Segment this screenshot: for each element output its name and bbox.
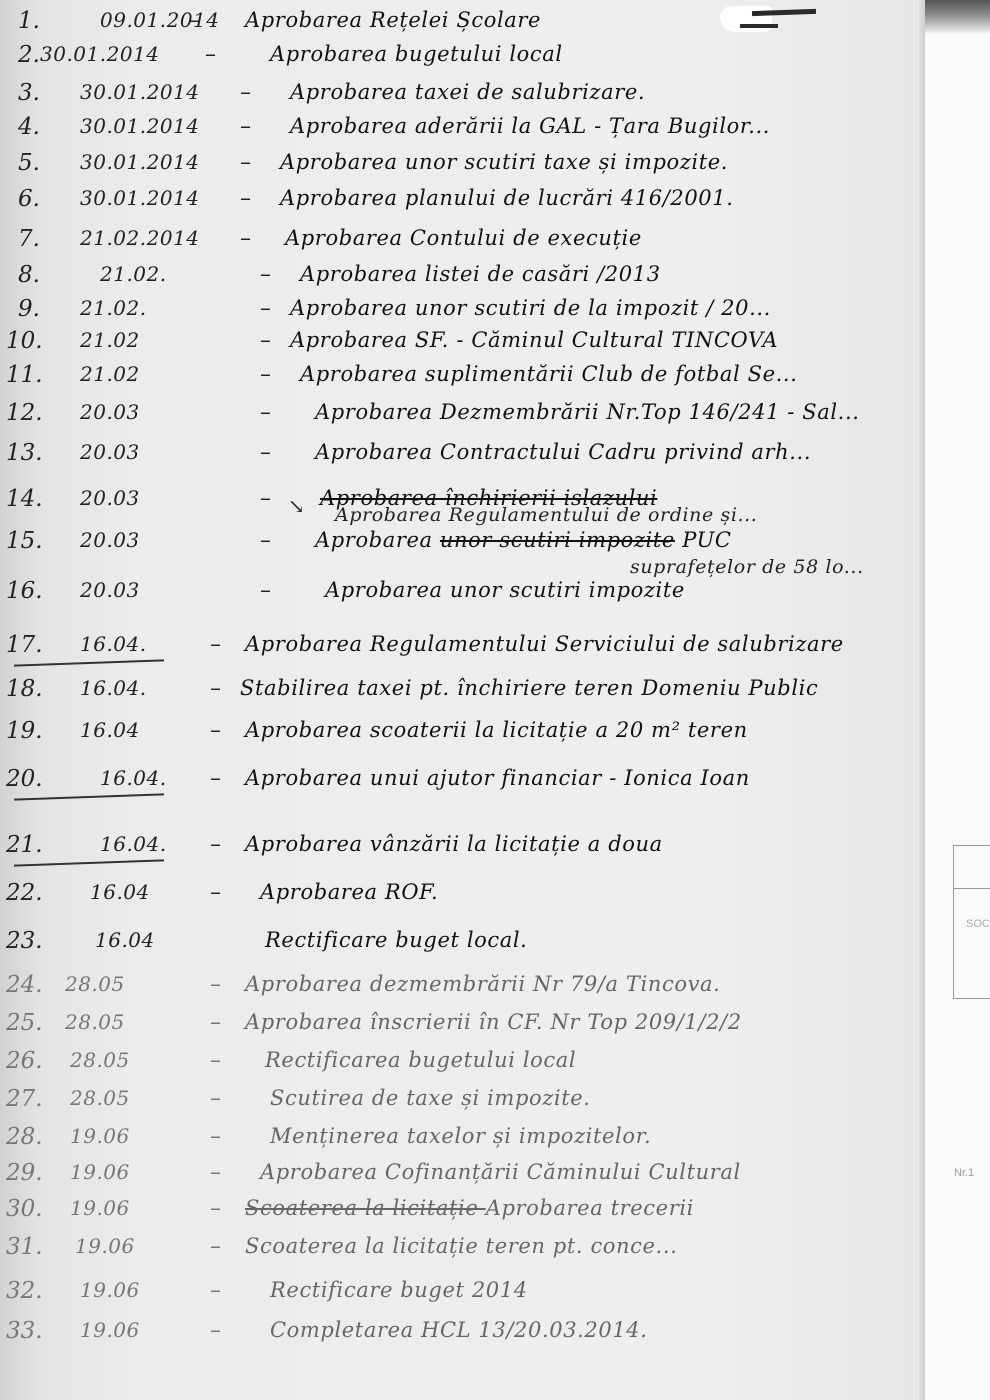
- entry-dash: –: [260, 578, 271, 603]
- entry-date: 28.05: [65, 972, 125, 996]
- list-item: 2.30.01.2014–Aprobarea bugetului local: [0, 42, 925, 74]
- entry-dash: –: [240, 226, 251, 251]
- entry-dash: –: [210, 1278, 221, 1303]
- entry-title: Aprobarea Contractului Cadru privind arh…: [315, 440, 811, 464]
- entry-title: Aprobarea unor scutiri impozite: [325, 578, 685, 602]
- entry-date: 30.01.2014: [80, 186, 200, 210]
- entry-dash: –: [260, 440, 271, 465]
- entry-insertion: suprafețelor de 58 lo...: [630, 556, 864, 578]
- entry-date: 16.04: [95, 928, 155, 952]
- list-item: 31.19.06–Scoaterea la licitație teren pt…: [0, 1234, 925, 1266]
- list-item: 29.19.06–Aprobarea Cofinanțării Căminulu…: [0, 1160, 925, 1192]
- entry-dash: –: [210, 1124, 221, 1149]
- entry-title: Aprobarea Contului de execuție: [285, 226, 642, 250]
- entry-title: Aprobarea dezmembrării Nr 79/a Tincova.: [245, 972, 720, 996]
- entry-date: 16.04: [80, 718, 140, 742]
- entry-number: 33.: [6, 1318, 43, 1344]
- underlying-document-edge: [925, 0, 990, 1400]
- entry-number: 30.: [6, 1196, 43, 1222]
- entry-date: 19.06: [80, 1318, 140, 1342]
- form-box-divider: [954, 888, 990, 889]
- entry-date: 20.03: [80, 578, 140, 602]
- entry-title: Stabilirea taxei pt. închiriere teren Do…: [240, 676, 818, 700]
- entry-title: Aprobarea bugetului local: [270, 42, 563, 66]
- entry-title: Scoaterea la licitație teren pt. conce..…: [245, 1234, 677, 1258]
- entry-date: 28.05: [70, 1048, 130, 1072]
- list-item: 4.30.01.2014–Aprobarea aderării la GAL -…: [0, 114, 925, 146]
- entry-title: Aprobarea taxei de salubrizare.: [290, 80, 645, 104]
- entry-number: 5.: [18, 150, 40, 176]
- entry-number: 19.: [6, 718, 43, 744]
- entry-title: Aprobarea unor scutiri impozite PUC: [315, 528, 732, 552]
- entry-number: 9.: [18, 296, 40, 322]
- entry-date: 28.05: [70, 1086, 130, 1110]
- entry-date: 20.03: [80, 486, 140, 510]
- entry-title: Aprobarea vânzării la licitație a doua: [245, 832, 663, 856]
- entry-dash: –: [210, 1160, 221, 1185]
- entry-title: Aprobarea SF. - Căminul Cultural TINCOVA: [290, 328, 778, 352]
- entry-dash: –: [260, 328, 271, 353]
- entry-title: Aprobarea unor scutiri taxe și impozite.: [280, 150, 728, 174]
- list-item: 17.16.04.–Aprobarea Regulamentului Servi…: [0, 632, 925, 664]
- list-item: 21.16.04.–Aprobarea vânzării la licitați…: [0, 832, 925, 864]
- entry-title: Aprobarea listei de casări /2013: [300, 262, 661, 286]
- entry-date: 09.01.2014: [100, 8, 220, 32]
- list-item: 13.20.03–Aprobarea Contractului Cadru pr…: [0, 440, 925, 472]
- entry-date: 20.03: [80, 440, 140, 464]
- entry-number: 11.: [6, 362, 43, 388]
- entry-dash: –: [260, 362, 271, 387]
- entry-number: 16.: [6, 578, 43, 604]
- side-number-label: Nr.1: [954, 1167, 974, 1179]
- list-item: 5.30.01.2014–Aprobarea unor scutiri taxe…: [0, 150, 925, 182]
- entry-number: 24.: [6, 972, 43, 998]
- entry-dash: –: [205, 42, 216, 67]
- list-item: 8.21.02.–Aprobarea listei de casări /201…: [0, 262, 925, 294]
- entry-dash: –: [210, 1010, 221, 1035]
- entry-date: 21.02.2014: [80, 226, 200, 250]
- list-item: 22.16.04–Aprobarea ROF.: [0, 880, 925, 912]
- entry-number: 14.: [6, 486, 43, 512]
- entry-date: 16.04.: [80, 676, 147, 700]
- list-item: 3.30.01.2014–Aprobarea taxei de salubriz…: [0, 80, 925, 112]
- list-item: 1.09.01.2014–Aprobarea Rețelei Școlare: [0, 8, 925, 40]
- entry-number: 20.: [6, 766, 43, 792]
- entry-number: 31.: [6, 1234, 43, 1260]
- entry-title: Aprobarea unor scutiri de la impozit / 2…: [290, 296, 771, 320]
- entry-number: 17.: [6, 632, 43, 658]
- entry-title: Menținerea taxelor și impozitelor.: [270, 1124, 651, 1148]
- binder-clip-shadow: [925, 0, 990, 34]
- entry-title: Aprobarea aderării la GAL - Țara Bugilor…: [290, 114, 770, 138]
- entry-dash: –: [240, 150, 251, 175]
- entry-number: 6.: [18, 186, 40, 212]
- entry-date: 19.06: [70, 1160, 130, 1184]
- entry-number: 18.: [6, 676, 43, 702]
- entry-title: Aprobarea scoaterii la licitație a 20 m²…: [245, 718, 748, 742]
- entry-number: 15.: [6, 528, 43, 554]
- entry-number: 7.: [18, 226, 40, 252]
- list-item: 14.20.03–Aprobarea închirierii islazului…: [0, 486, 925, 518]
- entry-title: Aprobarea Cofinanțării Căminului Cultura…: [260, 1160, 741, 1184]
- entry-date: 30.01.2014: [40, 42, 160, 66]
- date-underline: [14, 793, 164, 800]
- entry-date: 16.04.: [100, 766, 167, 790]
- list-item: 33.19.06–Completarea HCL 13/20.03.2014.: [0, 1318, 925, 1350]
- entry-date: 30.01.2014: [80, 150, 200, 174]
- entry-dash: –: [210, 766, 221, 791]
- entry-title: Rectificare buget 2014: [270, 1278, 528, 1302]
- entry-date: 19.06: [80, 1278, 140, 1302]
- list-item: 26.28.05–Rectificarea bugetului local: [0, 1048, 925, 1080]
- entry-number: 27.: [6, 1086, 43, 1112]
- entry-number: 21.: [6, 832, 43, 858]
- entry-dash: –: [260, 486, 271, 511]
- entry-date: 21.02.: [80, 296, 147, 320]
- date-underline: [14, 859, 164, 866]
- list-item: 12.20.03–Aprobarea Dezmembrării Nr.Top 1…: [0, 400, 925, 432]
- entry-dash: –: [210, 1234, 221, 1259]
- list-item: 10.21.02–Aprobarea SF. - Căminul Cultura…: [0, 328, 925, 360]
- entry-dash: –: [240, 80, 251, 105]
- entry-number: 26.: [6, 1048, 43, 1074]
- entry-title: Rectificarea bugetului local: [265, 1048, 576, 1072]
- entry-date: 30.01.2014: [80, 114, 200, 138]
- entry-title: Aprobarea Regulamentului Serviciului de …: [245, 632, 844, 656]
- entry-dash: –: [260, 528, 271, 553]
- entry-title: Rectificare buget local.: [265, 928, 527, 952]
- entry-dash: –: [260, 262, 271, 287]
- list-item: 18.16.04.–Stabilirea taxei pt. închirier…: [0, 676, 925, 708]
- entry-dash: –: [210, 832, 221, 857]
- entry-number: 13.: [6, 440, 43, 466]
- entry-number: 10.: [6, 328, 43, 354]
- entry-title: Aprobarea planului de lucrări 416/2001.: [280, 186, 734, 210]
- entry-date: 21.02.: [100, 262, 167, 286]
- entry-date: 30.01.2014: [80, 80, 200, 104]
- entry-dash: –: [240, 186, 251, 211]
- entry-title: Aprobarea Dezmembrării Nr.Top 146/241 - …: [315, 400, 860, 424]
- entry-date: 19.06: [70, 1196, 130, 1220]
- entry-title: Aprobarea înscrierii în CF. Nr Top 209/1…: [245, 1010, 742, 1034]
- entry-number: 28.: [6, 1124, 43, 1150]
- entry-number: 8.: [18, 262, 40, 288]
- list-item: 25.28.05–Aprobarea înscrierii în CF. Nr …: [0, 1010, 925, 1042]
- entry-dash: –: [240, 114, 251, 139]
- list-item: 20.16.04.–Aprobarea unui ajutor financia…: [0, 766, 925, 798]
- list-item: 19.16.04–Aprobarea scoaterii la licitați…: [0, 718, 925, 750]
- form-box-text: SOC: [966, 918, 990, 930]
- entry-dash: –: [210, 1086, 221, 1111]
- list-item: 32.19.06–Rectificare buget 2014: [0, 1278, 925, 1310]
- entry-dash: –: [260, 400, 271, 425]
- entry-number: 22.: [6, 880, 43, 906]
- entry-number: 29.: [6, 1160, 43, 1186]
- list-item: 7.21.02.2014–Aprobarea Contului de execu…: [0, 226, 925, 258]
- entry-correction: Aprobarea Regulamentului de ordine și...: [335, 504, 757, 526]
- entry-title: Aprobarea Rețelei Școlare: [245, 8, 541, 32]
- entry-title: Scoaterea la licitație Aprobarea treceri…: [245, 1196, 694, 1220]
- entry-title: Aprobarea ROF.: [260, 880, 438, 904]
- entry-date: 19.06: [75, 1234, 135, 1258]
- decision-list: 1.09.01.2014–Aprobarea Rețelei Școlare2.…: [0, 0, 925, 1400]
- side-form-box: SOC: [953, 845, 990, 999]
- entry-number: 1.: [18, 8, 40, 34]
- entry-date: 20.03: [80, 528, 140, 552]
- entry-dash: –: [210, 972, 221, 997]
- entry-dash: –: [210, 718, 221, 743]
- entry-number: 23.: [6, 928, 43, 954]
- entry-number: 2.: [18, 42, 40, 68]
- entry-title: Aprobarea suplimentării Club de fotbal S…: [300, 362, 798, 386]
- entry-dash: –: [210, 1196, 221, 1221]
- entry-dash: –: [190, 8, 201, 33]
- entry-dash: –: [210, 676, 221, 701]
- entry-number: 12.: [6, 400, 43, 426]
- list-item: 27.28.05–Scutirea de taxe și impozite.: [0, 1086, 925, 1118]
- entry-title: Scutirea de taxe și impozite.: [270, 1086, 591, 1110]
- entry-date: 16.04: [90, 880, 150, 904]
- list-item: 28.19.06–Menținerea taxelor și impozitel…: [0, 1124, 925, 1156]
- entry-date: 20.03: [80, 400, 140, 424]
- entry-dash: –: [260, 296, 271, 321]
- entry-number: 25.: [6, 1010, 43, 1036]
- entry-dash: –: [210, 1048, 221, 1073]
- list-item: 9.21.02.–Aprobarea unor scutiri de la im…: [0, 296, 925, 328]
- entry-dash: –: [210, 1318, 221, 1343]
- entry-date: 16.04.: [100, 832, 167, 856]
- entry-number: 4.: [18, 114, 40, 140]
- entry-date: 16.04.: [80, 632, 147, 656]
- list-item: 30.19.06–Scoaterea la licitație Aprobare…: [0, 1196, 925, 1228]
- entry-number: 3.: [18, 80, 40, 106]
- struck-text: unor scutiri impozite: [440, 528, 675, 552]
- entry-date: 21.02: [80, 362, 140, 386]
- entry-dash: –: [210, 632, 221, 657]
- list-item: 23.16.04Rectificare buget local.: [0, 928, 925, 960]
- entry-dash: –: [210, 880, 221, 905]
- struck-text: Scoaterea la licitație: [245, 1196, 486, 1220]
- correction-arrow-icon: ↘: [288, 494, 305, 518]
- entry-number: 32.: [6, 1278, 43, 1304]
- date-underline: [14, 659, 164, 666]
- list-item: 24.28.05–Aprobarea dezmembrării Nr 79/a …: [0, 972, 925, 1004]
- entry-date: 21.02: [80, 328, 140, 352]
- list-item: 11.21.02–Aprobarea suplimentării Club de…: [0, 362, 925, 394]
- list-item: 6.30.01.2014–Aprobarea planului de lucră…: [0, 186, 925, 218]
- entry-date: 28.05: [65, 1010, 125, 1034]
- entry-title: Completarea HCL 13/20.03.2014.: [270, 1318, 648, 1342]
- entry-title: Aprobarea unui ajutor financiar - Ionica…: [245, 766, 750, 790]
- entry-date: 19.06: [70, 1124, 130, 1148]
- list-item: 16.20.03–Aprobarea unor scutiri impozite…: [0, 578, 925, 610]
